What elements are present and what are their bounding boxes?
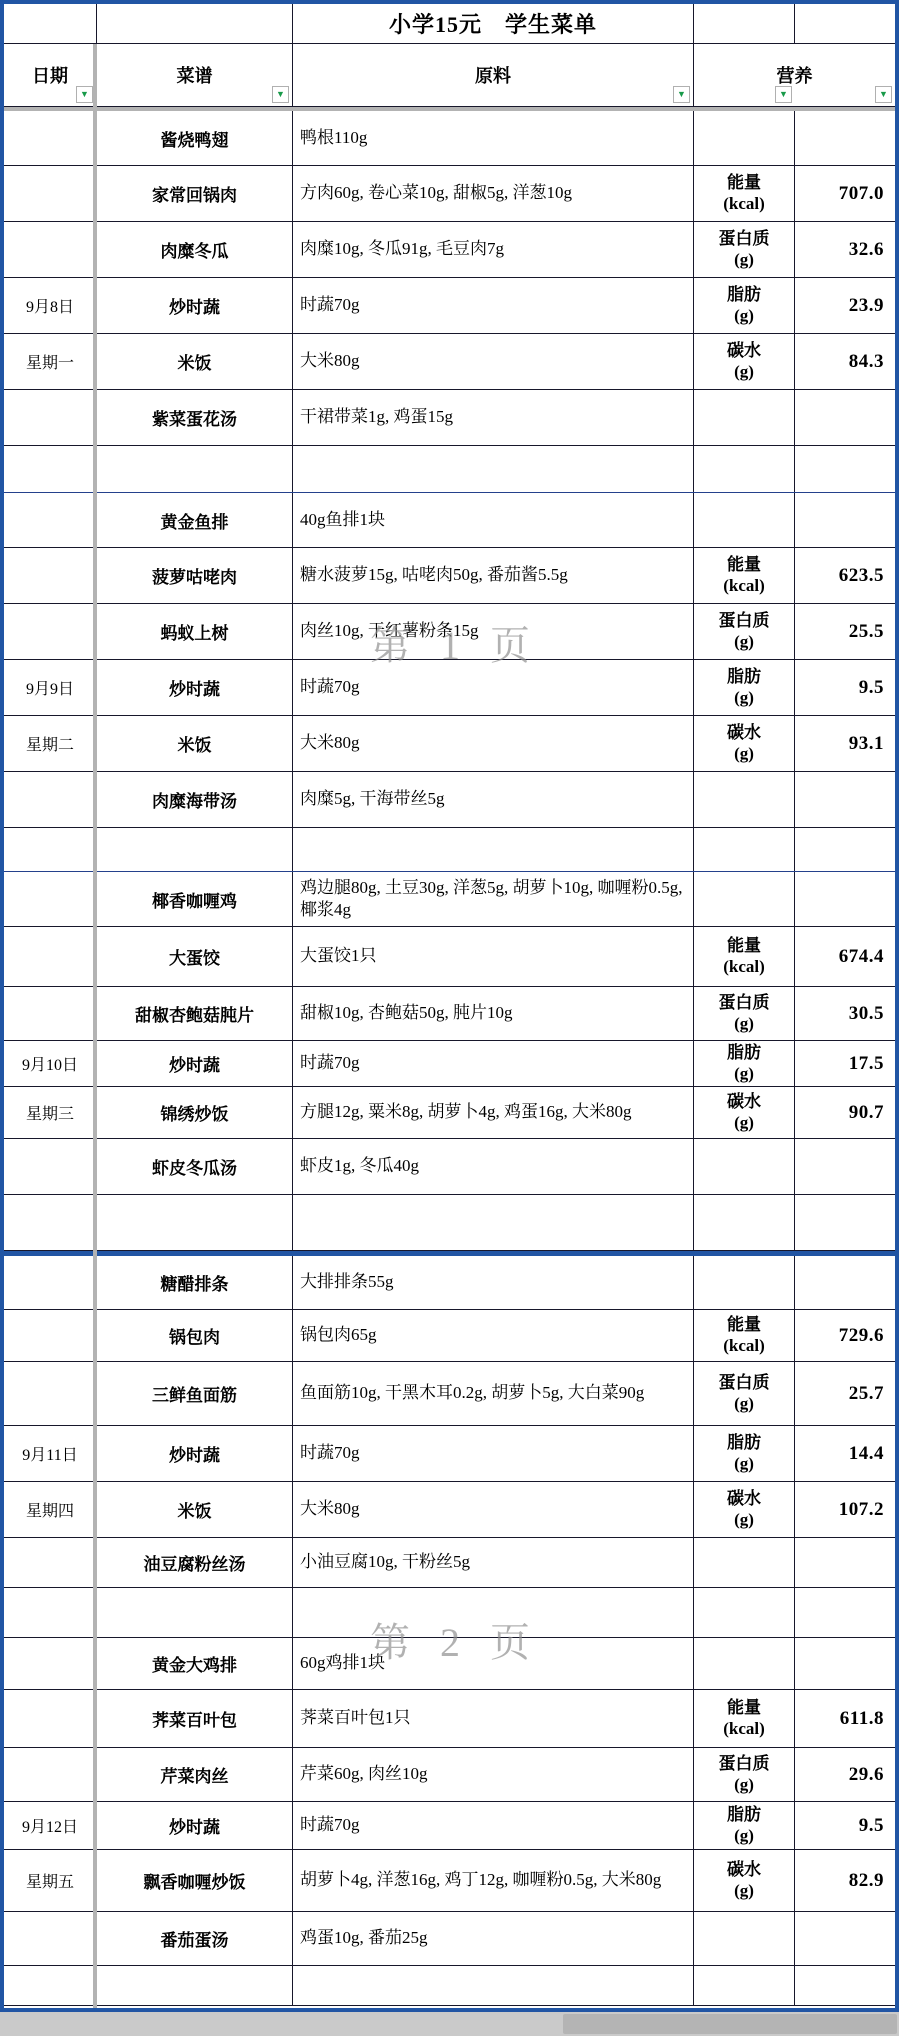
dish-cell: 肉糜海带汤: [97, 772, 293, 827]
page-number-watermark-1: 第 1 页: [370, 614, 540, 671]
menu-row: 三鲜鱼面筋鱼面筋10g, 干黑木耳0.2g, 胡萝卜5g, 大白菜90g蛋白质(…: [4, 1362, 895, 1426]
dish-cell: 酱烧鸭翅: [97, 111, 293, 165]
nutrient-name: 脂肪: [727, 1433, 761, 1454]
nutrient-value-cell: 9.5: [795, 660, 895, 715]
nutrient-label-cell: [694, 1966, 795, 2005]
dish-cell: 荠菜百叶包: [97, 1690, 293, 1747]
nutrient-name: 碳水: [727, 1860, 761, 1881]
dish-cell: 炒时蔬: [97, 278, 293, 333]
nutrient-value-cell: [795, 772, 895, 827]
nutrient-unit: (g): [734, 1014, 754, 1035]
nutrient-value-cell: 674.4: [795, 927, 895, 986]
nutrient-unit: (kcal): [723, 194, 765, 215]
menu-row: 家常回锅肉方肉60g, 卷心菜10g, 甜椒5g, 洋葱10g能量(kcal)7…: [4, 166, 895, 222]
nutrient-name: 能量: [727, 555, 761, 576]
dish-cell: 米饭: [97, 716, 293, 771]
nutrient-name: 碳水: [727, 1092, 761, 1113]
menu-row: 9月10日炒时蔬时蔬70g脂肪(g)17.5: [4, 1041, 895, 1087]
nutrient-label-cell: 能量(kcal): [694, 1690, 795, 1747]
menu-row: 黄金鱼排40g鱼排1块: [4, 492, 895, 548]
ingredients-cell: 鱼面筋10g, 干黑木耳0.2g, 胡萝卜5g, 大白菜90g: [293, 1362, 694, 1425]
nutrient-unit: (g): [734, 744, 754, 765]
nutrient-label-cell: [694, 828, 795, 871]
title-row: 小学15元 学生菜单: [4, 4, 895, 44]
nutrient-name: 蛋白质: [719, 993, 770, 1014]
dish-cell: [97, 1588, 293, 1637]
nutrient-name: 能量: [727, 1698, 761, 1719]
dish-cell: 家常回锅肉: [97, 166, 293, 221]
ingredients-cell: [293, 1966, 694, 2005]
nutrient-label-cell: 碳水(g): [694, 716, 795, 771]
dish-cell: 芹菜肉丝: [97, 1748, 293, 1801]
nutrient-name: 碳水: [727, 341, 761, 362]
ingredients-cell: [293, 828, 694, 871]
date-cell: 星期五: [4, 1850, 97, 1911]
dish-cell: 黄金鱼排: [97, 493, 293, 547]
nutrient-value-cell: [795, 1912, 895, 1965]
menu-row: 肉糜海带汤肉糜5g, 干海带丝5g: [4, 772, 895, 828]
dish-cell: 甜椒杏鲍菇肫片: [97, 987, 293, 1040]
nutrient-label-cell: [694, 1588, 795, 1637]
menu-row: 9月12日炒时蔬时蔬70g脂肪(g)9.5: [4, 1802, 895, 1850]
menu-table-rows: 酱烧鸭翅鸭根110g家常回锅肉方肉60g, 卷心菜10g, 甜椒5g, 洋葱10…: [4, 111, 895, 2006]
menu-row: 油豆腐粉丝汤小油豆腐10g, 干粉丝5g: [4, 1538, 895, 1588]
nutrient-name: 能量: [727, 173, 761, 194]
nutrient-value-cell: [795, 111, 895, 165]
nutrient-value-cell: [795, 1256, 895, 1309]
nutrient-unit: (g): [734, 1454, 754, 1475]
nutrient-name: 蛋白质: [719, 1754, 770, 1775]
menu-row: 大蛋饺大蛋饺1只能量(kcal)674.4: [4, 927, 895, 987]
ingredients-cell: 方肉60g, 卷心菜10g, 甜椒5g, 洋葱10g: [293, 166, 694, 221]
menu-row: 星期二米饭大米80g碳水(g)93.1: [4, 716, 895, 772]
nutrient-label-cell: [694, 872, 795, 926]
ingredients-cell: 时蔬70g: [293, 1426, 694, 1481]
date-cell: 星期三: [4, 1087, 97, 1138]
nutrient-unit: (g): [734, 688, 754, 709]
menu-row: 菠萝咕咾肉糖水菠萝15g, 咕咾肉50g, 番茄酱5.5g能量(kcal)623…: [4, 548, 895, 604]
dish-cell: 紫菜蛋花汤: [97, 390, 293, 445]
nutrient-label-cell: [694, 1538, 795, 1587]
nutrient-value-cell: 707.0: [795, 166, 895, 221]
nutrient-unit: (kcal): [723, 576, 765, 597]
nutrient-value-cell: 729.6: [795, 1310, 895, 1361]
filter-button-nutrition-value[interactable]: ▼: [875, 86, 892, 103]
dish-cell: 菠萝咕咾肉: [97, 548, 293, 603]
nutrient-value-cell: [795, 1588, 895, 1637]
date-cell: [4, 222, 97, 277]
nutrient-label-cell: [694, 1195, 795, 1250]
ingredients-cell: 荠菜百叶包1只: [293, 1690, 694, 1747]
menu-row: 酱烧鸭翅鸭根110g: [4, 111, 895, 166]
dish-cell: 米饭: [97, 1482, 293, 1537]
date-cell: [4, 390, 97, 445]
ingredients-cell: 肉糜5g, 干海带丝5g: [293, 772, 694, 827]
nutrient-label-cell: 能量(kcal): [694, 927, 795, 986]
nutrient-value-cell: 14.4: [795, 1426, 895, 1481]
ingredients-cell: 鸭根110g: [293, 111, 694, 165]
ingredients-cell: 时蔬70g: [293, 1802, 694, 1849]
dish-cell: [97, 828, 293, 871]
nutrient-value-cell: 23.9: [795, 278, 895, 333]
dish-cell: 大蛋饺: [97, 927, 293, 986]
column-header-ingredients-label: 原料: [475, 62, 511, 88]
nutrient-unit: (g): [734, 362, 754, 383]
column-header-date-label: 日期: [32, 62, 68, 88]
nutrient-name: 碳水: [727, 723, 761, 744]
page-number-watermark-2: 第 2 页: [370, 1611, 540, 1668]
nutrient-value-cell: 611.8: [795, 1690, 895, 1747]
filter-button-nutrition-label[interactable]: ▼: [775, 86, 792, 103]
nutrient-value-cell: [795, 390, 895, 445]
nutrient-label-cell: 碳水(g): [694, 1482, 795, 1537]
nutrient-value-cell: [795, 1195, 895, 1250]
column-header-menu-label: 菜谱: [177, 62, 213, 88]
empty-row: [4, 828, 895, 872]
nutrient-name: 蛋白质: [719, 1373, 770, 1394]
nutrient-value-cell: [795, 1538, 895, 1587]
nutrient-label-cell: 蛋白质(g): [694, 1748, 795, 1801]
frozen-pane-vertical-split[interactable]: [93, 44, 97, 2008]
ingredients-cell: 虾皮1g, 冬瓜40g: [293, 1139, 694, 1194]
date-cell: [4, 111, 97, 165]
nutrient-label-cell: 能量(kcal): [694, 548, 795, 603]
nutrient-label-cell: 蛋白质(g): [694, 222, 795, 277]
title-row-cell-date: [4, 4, 97, 43]
ingredients-cell: 糖水菠萝15g, 咕咾肉50g, 番茄酱5.5g: [293, 548, 694, 603]
nutrient-label-cell: [694, 1139, 795, 1194]
nutrient-name: 能量: [727, 936, 761, 957]
date-cell: [4, 828, 97, 871]
date-cell: [4, 1966, 97, 2005]
nutrient-label-cell: 脂肪(g): [694, 278, 795, 333]
menu-row: 椰香咖喱鸡鸡边腿80g, 土豆30g, 洋葱5g, 胡萝卜10g, 咖喱粉0.5…: [4, 871, 895, 927]
menu-row: 番茄蛋汤鸡蛋10g, 番茄25g: [4, 1912, 895, 1966]
nutrient-value-cell: [795, 446, 895, 492]
filter-dropdown-icon: ▼: [779, 90, 788, 99]
nutrient-value-cell: 623.5: [795, 548, 895, 603]
nutrient-unit: (g): [734, 1881, 754, 1902]
date-cell: [4, 446, 97, 492]
nutrient-value-cell: 84.3: [795, 334, 895, 389]
dish-cell: [97, 446, 293, 492]
dish-cell: 炒时蔬: [97, 1802, 293, 1849]
menu-row: 荠菜百叶包荠菜百叶包1只能量(kcal)611.8: [4, 1690, 895, 1748]
nutrient-unit: (g): [734, 632, 754, 653]
ingredients-cell: 时蔬70g: [293, 1041, 694, 1086]
ingredients-cell: [293, 1195, 694, 1250]
nutrient-value-cell: [795, 1638, 895, 1689]
ingredients-cell: 大米80g: [293, 334, 694, 389]
menu-row: 芹菜肉丝芹菜60g, 肉丝10g蛋白质(g)29.6: [4, 1748, 895, 1802]
date-cell: [4, 604, 97, 659]
nutrient-value-cell: 25.7: [795, 1362, 895, 1425]
ingredients-cell: 干裙带菜1g, 鸡蛋15g: [293, 390, 694, 445]
menu-row: 星期四米饭大米80g碳水(g)107.2: [4, 1482, 895, 1538]
filter-button-menu[interactable]: ▼: [272, 86, 289, 103]
nutrient-name: 碳水: [727, 1489, 761, 1510]
dish-cell: 米饭: [97, 334, 293, 389]
nutrient-label-cell: 脂肪(g): [694, 1426, 795, 1481]
nutrient-value-cell: 17.5: [795, 1041, 895, 1086]
nutrient-name: 脂肪: [727, 1805, 761, 1826]
nutrient-unit: (g): [734, 1775, 754, 1796]
dish-cell: 椰香咖喱鸡: [97, 872, 293, 926]
menu-row: 锅包肉锅包肉65g能量(kcal)729.6: [4, 1310, 895, 1362]
nutrient-label-cell: [694, 111, 795, 165]
date-cell: [4, 1690, 97, 1747]
dish-cell: 锅包肉: [97, 1310, 293, 1361]
frame-border-right: [895, 0, 899, 2012]
empty-row: [4, 1966, 895, 2006]
date-cell: [4, 493, 97, 547]
nutrient-label-cell: [694, 390, 795, 445]
ingredients-cell: 方腿12g, 粟米8g, 胡萝卜4g, 鸡蛋16g, 大米80g: [293, 1087, 694, 1138]
ingredients-cell: [293, 446, 694, 492]
empty-row: [4, 1195, 895, 1251]
menu-row: 肉糜冬瓜肉糜10g, 冬瓜91g, 毛豆肉7g蛋白质(g)32.6: [4, 222, 895, 278]
dish-cell: 炒时蔬: [97, 1426, 293, 1481]
filter-dropdown-icon: ▼: [80, 90, 89, 99]
date-cell: [4, 872, 97, 926]
ingredients-cell: 40g鱼排1块: [293, 493, 694, 547]
nutrient-label-cell: 脂肪(g): [694, 1041, 795, 1086]
nutrient-label-cell: 脂肪(g): [694, 1802, 795, 1849]
nutrient-label-cell: 碳水(g): [694, 334, 795, 389]
date-cell: 9月10日: [4, 1041, 97, 1086]
date-cell: 9月12日: [4, 1802, 97, 1849]
nutrient-name: 脂肪: [727, 1043, 761, 1064]
nutrient-value-cell: [795, 493, 895, 547]
nutrient-name: 蛋白质: [719, 229, 770, 250]
ingredients-cell: 肉糜10g, 冬瓜91g, 毛豆肉7g: [293, 222, 694, 277]
dish-cell: 飘香咖喱炒饭: [97, 1850, 293, 1911]
date-cell: [4, 772, 97, 827]
filter-dropdown-icon: ▼: [879, 90, 888, 99]
date-cell: [4, 1912, 97, 1965]
nutrient-label-cell: 蛋白质(g): [694, 987, 795, 1040]
ingredients-cell: 小油豆腐10g, 干粉丝5g: [293, 1538, 694, 1587]
date-cell: 9月9日: [4, 660, 97, 715]
nutrient-value-cell: 82.9: [795, 1850, 895, 1911]
nutrient-value-cell: [795, 872, 895, 926]
dish-cell: 番茄蛋汤: [97, 1912, 293, 1965]
frame-border-top: [0, 0, 899, 4]
date-cell: 星期一: [4, 334, 97, 389]
ingredients-cell: 鸡蛋10g, 番茄25g: [293, 1912, 694, 1965]
nutrient-value-cell: [795, 1139, 895, 1194]
menu-row: 虾皮冬瓜汤虾皮1g, 冬瓜40g: [4, 1139, 895, 1195]
nutrient-value-cell: 90.7: [795, 1087, 895, 1138]
menu-row: 甜椒杏鲍菇肫片甜椒10g, 杏鲍菇50g, 肫片10g蛋白质(g)30.5: [4, 987, 895, 1041]
title-row-cell-nutrition-label: [694, 4, 795, 43]
date-cell: [4, 1139, 97, 1194]
nutrient-unit: (g): [734, 306, 754, 327]
nutrient-unit: (kcal): [723, 957, 765, 978]
nutrient-label-cell: 蛋白质(g): [694, 1362, 795, 1425]
nutrient-label-cell: 能量(kcal): [694, 1310, 795, 1361]
frame-border-left: [0, 0, 4, 2012]
page-title: 小学15元 学生菜单: [293, 4, 694, 43]
dish-cell: 锦绣炒饭: [97, 1087, 293, 1138]
date-cell: [4, 548, 97, 603]
date-cell: [4, 1748, 97, 1801]
dish-cell: 肉糜冬瓜: [97, 222, 293, 277]
date-cell: [4, 1256, 97, 1309]
nutrient-unit: (kcal): [723, 1719, 765, 1740]
nutrient-value-cell: 9.5: [795, 1802, 895, 1849]
nutrient-name: 蛋白质: [719, 611, 770, 632]
nutrient-label-cell: [694, 772, 795, 827]
ingredients-cell: 胡萝卜4g, 洋葱16g, 鸡丁12g, 咖喱粉0.5g, 大米80g: [293, 1850, 694, 1911]
date-cell: 9月11日: [4, 1426, 97, 1481]
empty-row: [4, 446, 895, 493]
frame-border-bottom: [0, 2008, 899, 2012]
nutrient-label-cell: 脂肪(g): [694, 660, 795, 715]
dish-cell: 三鲜鱼面筋: [97, 1362, 293, 1425]
nutrient-value-cell: [795, 828, 895, 871]
dish-cell: [97, 1195, 293, 1250]
date-cell: [4, 1362, 97, 1425]
date-cell: [4, 1195, 97, 1250]
menu-row: 9月8日炒时蔬时蔬70g脂肪(g)23.9: [4, 278, 895, 334]
nutrient-unit: (kcal): [723, 1336, 765, 1357]
date-cell: [4, 987, 97, 1040]
date-cell: [4, 1538, 97, 1587]
nutrient-name: 能量: [727, 1315, 761, 1336]
nutrient-label-cell: 蛋白质(g): [694, 604, 795, 659]
ingredients-cell: 大米80g: [293, 716, 694, 771]
dish-cell: 虾皮冬瓜汤: [97, 1139, 293, 1194]
menu-row: 紫菜蛋花汤干裙带菜1g, 鸡蛋15g: [4, 390, 895, 446]
menu-row: 星期五飘香咖喱炒饭胡萝卜4g, 洋葱16g, 鸡丁12g, 咖喱粉0.5g, 大…: [4, 1850, 895, 1912]
menu-row: 9月11日炒时蔬时蔬70g脂肪(g)14.4: [4, 1426, 895, 1482]
column-header-nutrition: 营养 ▼ ▼: [694, 44, 895, 106]
ingredients-cell: 锅包肉65g: [293, 1310, 694, 1361]
date-cell: [4, 166, 97, 221]
column-header-ingredients: 原料 ▼: [293, 44, 694, 106]
filter-button-ingredients[interactable]: ▼: [673, 86, 690, 103]
dish-cell: 油豆腐粉丝汤: [97, 1538, 293, 1587]
ingredients-cell: 鸡边腿80g, 土豆30g, 洋葱5g, 胡萝卜10g, 咖喱粉0.5g, 椰浆…: [293, 872, 694, 926]
horizontal-scrollbar[interactable]: [0, 2012, 899, 2036]
menu-row: 糖醋排条大排排条55g: [4, 1256, 895, 1310]
dish-cell: 炒时蔬: [97, 660, 293, 715]
nutrient-label-cell: [694, 493, 795, 547]
nutrient-value-cell: 29.6: [795, 1748, 895, 1801]
column-header-menu: 菜谱 ▼: [97, 44, 293, 106]
ingredients-cell: 大蛋饺1只: [293, 927, 694, 986]
nutrient-unit: (g): [734, 1394, 754, 1415]
column-header-nutrition-label: 营养: [777, 62, 813, 88]
nutrient-label-cell: 碳水(g): [694, 1087, 795, 1138]
column-header-date: 日期 ▼: [4, 44, 97, 106]
nutrient-unit: (g): [734, 1510, 754, 1531]
nutrient-unit: (g): [734, 1113, 754, 1134]
nutrient-value-cell: 93.1: [795, 716, 895, 771]
dish-cell: [97, 1966, 293, 2005]
filter-dropdown-icon: ▼: [677, 90, 686, 99]
dish-cell: 黄金大鸡排: [97, 1638, 293, 1689]
nutrient-label-cell: [694, 446, 795, 492]
nutrient-value-cell: 32.6: [795, 222, 895, 277]
header-row: 日期 ▼ 菜谱 ▼ 原料 ▼ 营养 ▼ ▼: [4, 44, 895, 107]
nutrient-unit: (g): [734, 1826, 754, 1847]
ingredients-cell: 芹菜60g, 肉丝10g: [293, 1748, 694, 1801]
menu-row: 星期一米饭大米80g碳水(g)84.3: [4, 334, 895, 390]
menu-row: 星期三锦绣炒饭方腿12g, 粟米8g, 胡萝卜4g, 鸡蛋16g, 大米80g碳…: [4, 1087, 895, 1139]
filter-dropdown-icon: ▼: [276, 90, 285, 99]
nutrient-label-cell: 能量(kcal): [694, 166, 795, 221]
date-cell: [4, 1588, 97, 1637]
date-cell: [4, 1310, 97, 1361]
ingredients-cell: 时蔬70g: [293, 278, 694, 333]
horizontal-scrollbar-thumb[interactable]: [563, 2014, 897, 2034]
dish-cell: 糖醋排条: [97, 1256, 293, 1309]
date-cell: 星期四: [4, 1482, 97, 1537]
date-cell: [4, 927, 97, 986]
dish-cell: 炒时蔬: [97, 1041, 293, 1086]
nutrient-name: 脂肪: [727, 285, 761, 306]
ingredients-cell: 甜椒10g, 杏鲍菇50g, 肫片10g: [293, 987, 694, 1040]
title-row-cell-menu: [97, 4, 293, 43]
dish-cell: 蚂蚁上树: [97, 604, 293, 659]
nutrient-label-cell: [694, 1256, 795, 1309]
nutrient-label-cell: [694, 1638, 795, 1689]
nutrient-value-cell: [795, 1966, 895, 2005]
nutrient-unit: (g): [734, 1064, 754, 1085]
date-cell: 星期二: [4, 716, 97, 771]
spreadsheet-window: 小学15元 学生菜单 日期 ▼ 菜谱 ▼ 原料 ▼ 营养 ▼ ▼: [0, 0, 899, 2036]
date-cell: 9月8日: [4, 278, 97, 333]
nutrient-label-cell: [694, 1912, 795, 1965]
ingredients-cell: 大排排条55g: [293, 1256, 694, 1309]
nutrient-value-cell: 30.5: [795, 987, 895, 1040]
nutrient-value-cell: 25.5: [795, 604, 895, 659]
title-row-cell-nutrition-value: [795, 4, 895, 43]
date-cell: [4, 1638, 97, 1689]
nutrient-label-cell: 碳水(g): [694, 1850, 795, 1911]
nutrient-name: 脂肪: [727, 667, 761, 688]
filter-button-date[interactable]: ▼: [76, 86, 93, 103]
menu-table: 小学15元 学生菜单 日期 ▼ 菜谱 ▼ 原料 ▼ 营养 ▼ ▼: [4, 4, 895, 2006]
ingredients-cell: 大米80g: [293, 1482, 694, 1537]
nutrient-unit: (g): [734, 250, 754, 271]
nutrient-value-cell: 107.2: [795, 1482, 895, 1537]
